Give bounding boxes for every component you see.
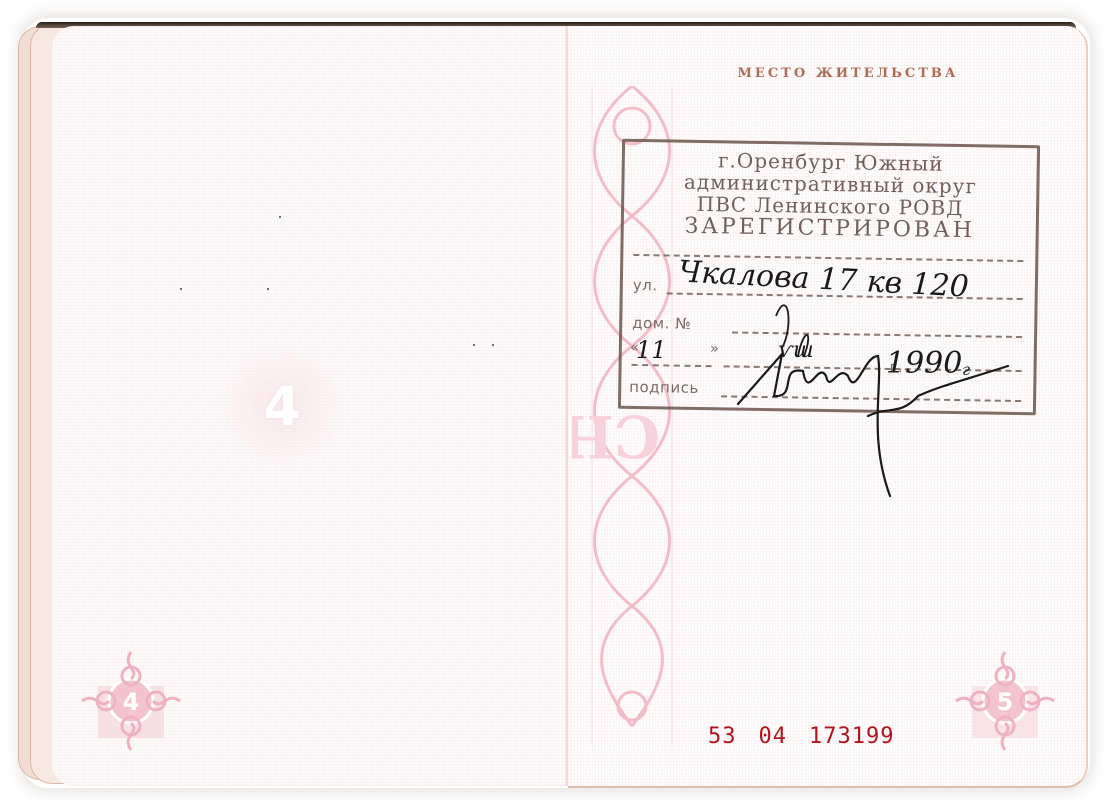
ornament-icon: 4 bbox=[76, 646, 186, 756]
svg-text:4: 4 bbox=[123, 688, 140, 716]
left-page: 4 4 bbox=[52, 26, 568, 786]
series-part1: 53 bbox=[708, 724, 737, 749]
passport-number: 173199 bbox=[809, 724, 894, 749]
series-part2: 04 bbox=[759, 724, 788, 749]
signature-icon bbox=[568, 26, 1086, 526]
page-number-watermark: 4 bbox=[222, 346, 342, 466]
svg-text:5: 5 bbox=[997, 688, 1014, 716]
serial-number: 5304173199 bbox=[708, 724, 916, 749]
ornament-icon: 5 bbox=[950, 646, 1060, 756]
right-page: СНГ МЕСТО ЖИТЕЛЬСТВА г.Оренбург Южный ад… bbox=[568, 26, 1088, 788]
